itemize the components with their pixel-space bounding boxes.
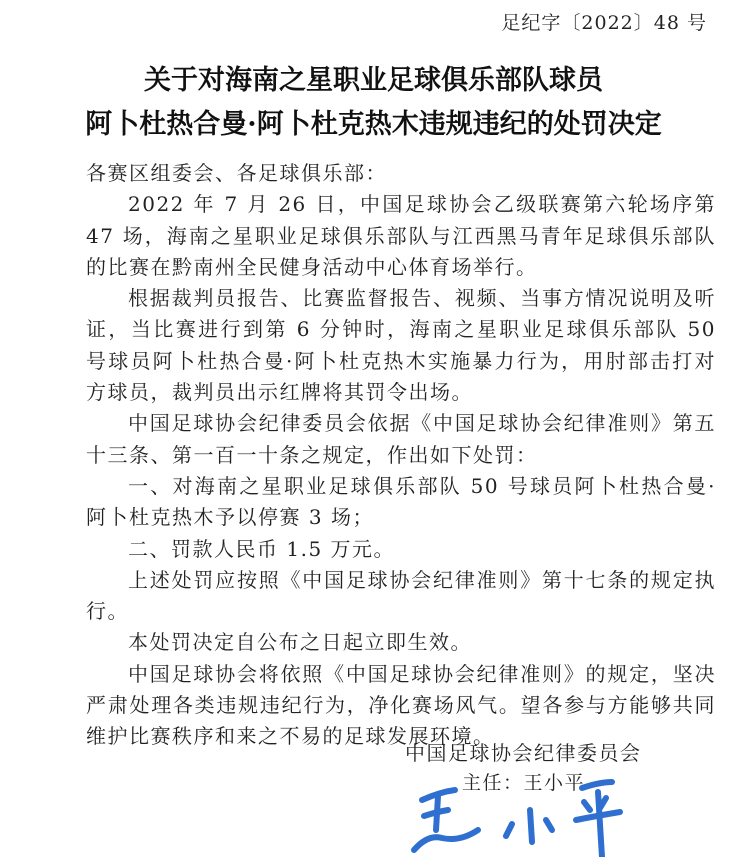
paragraph-effective: 本处罚决定自公布之日起立即生效。	[86, 627, 716, 658]
handwritten-signature-icon	[400, 770, 630, 857]
document-number: 足纪字〔2022〕48 号	[501, 8, 707, 35]
penalty-item-1: 一、对海南之星职业足球俱乐部队 50 号球员阿卜杜热合曼·阿卜杜克热木予以停赛 …	[86, 471, 716, 534]
document-title-line-1: 关于对海南之星职业足球俱乐部队球员	[0, 58, 747, 97]
document-title-line-2: 阿卜杜热合曼·阿卜杜克热木违规违纪的处罚决定	[0, 102, 747, 141]
paragraph-incident: 2022 年 7 月 26 日，中国足球协会乙级联赛第六轮场序第 47 场，海南…	[86, 189, 716, 283]
penalty-item-2: 二、罚款人民币 1.5 万元。	[86, 534, 716, 565]
salutation: 各赛区组委会、各足球俱乐部：	[86, 158, 716, 189]
document-body: 各赛区组委会、各足球俱乐部： 2022 年 7 月 26 日，中国足球协会乙级联…	[86, 158, 716, 753]
paragraph-execution: 上述处罚应按照《中国足球协会纪律准则》第十七条的规定执行。	[86, 565, 716, 628]
paragraph-findings: 根据裁判员报告、比赛监督报告、视频、当事方情况说明及听证，当比赛进行到第 6 分…	[86, 283, 716, 408]
paragraph-basis: 中国足球协会纪律委员会依据《中国足球协会纪律准则》第五十三条、第一百一十条之规定…	[86, 408, 716, 471]
signature-organization: 中国足球协会纪律委员会	[405, 737, 642, 766]
